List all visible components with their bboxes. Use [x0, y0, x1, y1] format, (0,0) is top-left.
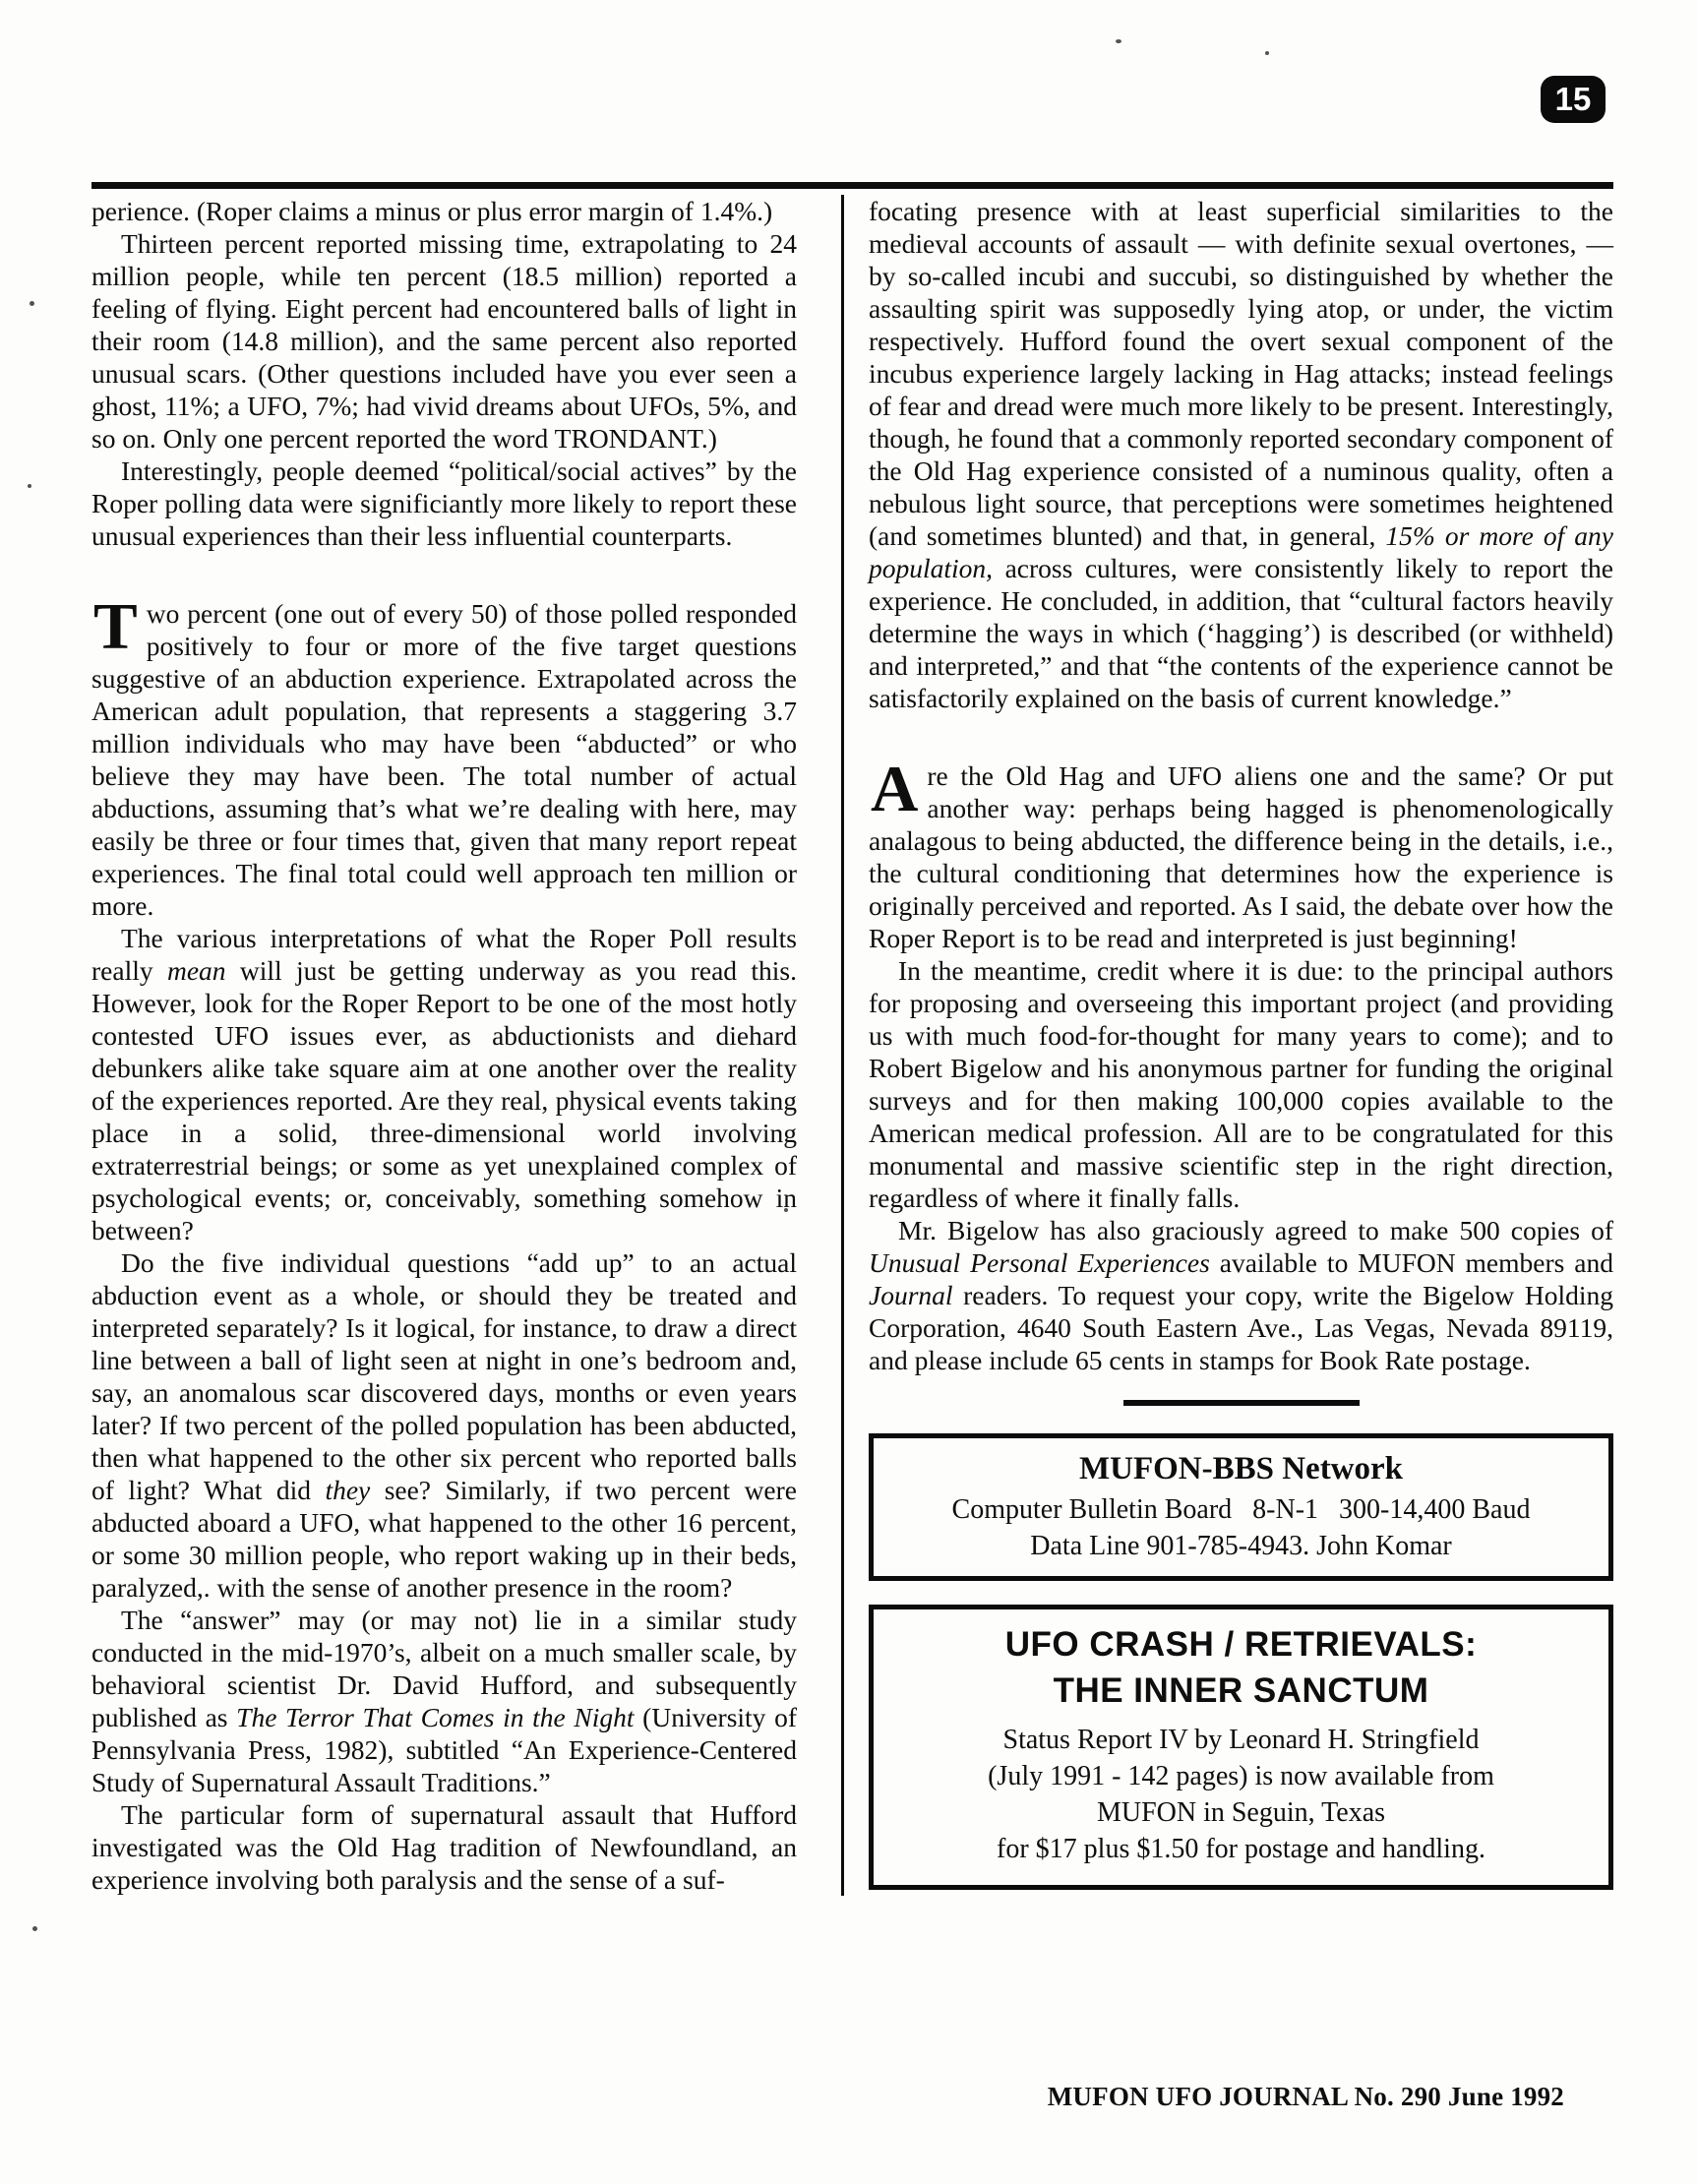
paragraph: The various interpretations of what the …: [91, 922, 797, 1246]
scan-speck: [1116, 39, 1121, 43]
scan-speck: [784, 1208, 788, 1212]
paragraph: In the meantime, credit where it is due:…: [869, 954, 1613, 1214]
page-number-badge: 15: [1541, 76, 1606, 123]
left-column: perience. (Roper claims a minus or plus …: [91, 195, 797, 1896]
top-rule: [91, 182, 1613, 189]
column-divider: [841, 195, 844, 1896]
right-column: focating presence with at least superfic…: [869, 195, 1613, 1896]
paragraph: perience. (Roper claims a minus or plus …: [91, 195, 797, 227]
italic-text: The Terror That Comes in the Night: [236, 1702, 634, 1732]
article-body: perience. (Roper claims a minus or plus …: [91, 195, 1613, 1896]
paragraph: The particular form of supernatural assa…: [91, 1798, 797, 1896]
crash-box-line: MUFON in Seguin, Texas: [887, 1794, 1595, 1831]
bbs-box-title: MUFON-BBS Network: [887, 1446, 1595, 1491]
dropcap-letter: T: [91, 597, 147, 653]
paragraph: Interestingly, people deemed “political/…: [91, 455, 797, 552]
italic-text: they: [325, 1475, 370, 1505]
scan-speck: [1265, 51, 1269, 55]
bbs-box-line: Computer Bulletin Board 8-N-1 300-14,400…: [887, 1491, 1595, 1528]
paragraph: Mr. Bigelow has also graciously agreed t…: [869, 1214, 1613, 1376]
section-rule: [1123, 1400, 1360, 1406]
paragraph: Thirteen percent reported missing time, …: [91, 227, 797, 455]
italic-text: 15% or more of any population,: [869, 520, 1613, 583]
italic-text: mean: [167, 955, 226, 986]
crash-box-title: THE INNER SANCTUM: [887, 1668, 1595, 1714]
crash-retrievals-box: UFO CRASH / RETRIEVALS: THE INNER SANCTU…: [869, 1605, 1613, 1890]
page-number: 15: [1555, 81, 1592, 118]
paragraph: focating presence with at least superfic…: [869, 195, 1613, 714]
italic-text: Journal: [869, 1280, 953, 1310]
scan-speck: [32, 1926, 37, 1931]
crash-box-body: Status Report IV by Leonard H. Stringfie…: [887, 1722, 1595, 1867]
paragraph: Do the five individual questions “add up…: [91, 1246, 797, 1604]
journal-footer: MUFON UFO JOURNAL No. 290 June 1992: [1048, 2082, 1564, 2112]
paragraph: Two percent (one out of every 50) of tho…: [91, 597, 797, 922]
crash-box-line: Status Report IV by Leonard H. Stringfie…: [887, 1722, 1595, 1758]
paragraph: Are the Old Hag and UFO aliens one and t…: [869, 759, 1613, 954]
paragraph: The “answer” may (or may not) lie in a s…: [91, 1604, 797, 1798]
right-column-text: focating presence with at least superfic…: [869, 195, 1613, 1376]
dropcap-letter: A: [869, 759, 927, 816]
scan-speck: [28, 484, 31, 488]
crash-box-line: for $17 plus $1.50 for postage and handl…: [887, 1831, 1595, 1867]
bbs-network-box: MUFON-BBS Network Computer Bulletin Boar…: [869, 1433, 1613, 1581]
crash-box-title: UFO CRASH / RETRIEVALS:: [887, 1621, 1595, 1668]
crash-box-line: (July 1991 - 142 pages) is now available…: [887, 1758, 1595, 1794]
bbs-box-line: Data Line 901-785-4943. John Komar: [887, 1528, 1595, 1564]
scan-speck: [30, 301, 34, 306]
italic-text: Unusual Personal Experiences: [869, 1247, 1210, 1278]
